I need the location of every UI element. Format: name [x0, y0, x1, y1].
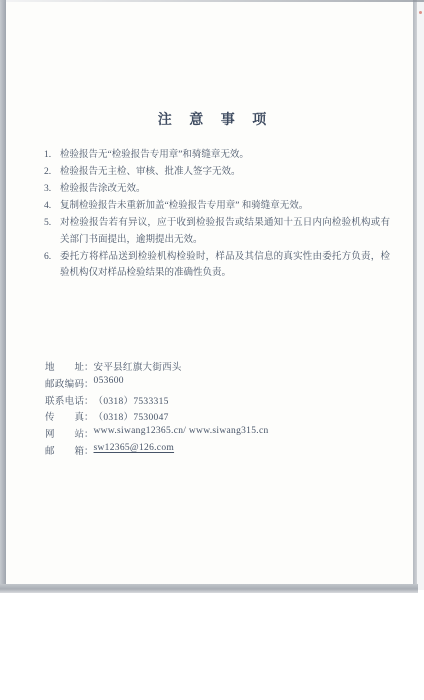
- contact-colon: ：: [84, 376, 94, 390]
- contact-label: 传真: [45, 409, 84, 423]
- contact-label: 网站: [45, 426, 84, 440]
- scan-edge-right-outer: [417, 0, 424, 590]
- contact-row-website: 网站：www.siwang12365.cn/ www.siwang315.cn: [45, 426, 375, 443]
- contact-row-phone: 联系电话：（0318）7533315: [45, 393, 375, 410]
- contact-colon: ：: [84, 359, 94, 373]
- note-number: 1.: [44, 147, 60, 164]
- contact-colon: ：: [84, 426, 94, 440]
- contact-colon: ：: [84, 393, 94, 407]
- note-item-1: 1. 检验报告无“检验报告专用章”和骑缝章无效。: [44, 147, 390, 164]
- note-number: 2.: [44, 164, 60, 181]
- contact-block: 地址：安平县红旗大街西头 邮政编码：053600 联系电话：（0318）7533…: [45, 359, 375, 460]
- scanned-page: [6, 2, 415, 586]
- note-text: 检验报告无主检、审核、批准人签字无效。: [60, 164, 390, 181]
- scan-artifact-dot: [419, 11, 422, 14]
- scan-edge-top: [0, 0, 424, 2]
- contact-label: 邮政编码: [45, 376, 84, 390]
- note-text: 复制检验报告未重新加盖“检验报告专用章” 和骑缝章无效。: [60, 198, 390, 215]
- contact-label: 联系电话: [45, 393, 84, 407]
- note-item-5: 5. 对检验报告若有异议，应于收到检验报告或结果通知十五日内向检验机构或有关部门…: [44, 215, 390, 248]
- note-item-6: 6. 委托方将样品送到检验机构检验时，样品及其信息的真实性由委托方负责，检验机构…: [44, 249, 390, 282]
- note-item-4: 4. 复制检验报告未重新加盖“检验报告专用章” 和骑缝章无效。: [44, 198, 390, 215]
- contact-colon: ：: [84, 409, 94, 423]
- scan-edge-bottom: [0, 584, 418, 593]
- contact-value-address: 安平县红旗大街西头: [94, 359, 182, 373]
- notice-list: 1. 检验报告无“检验报告专用章”和骑缝章无效。 2. 检验报告无主检、审核、批…: [44, 147, 390, 282]
- note-item-2: 2. 检验报告无主检、审核、批准人签字无效。: [44, 164, 390, 181]
- contact-value-phone: （0318）7533315: [94, 393, 169, 407]
- note-text: 委托方将样品送到检验机构检验时，样品及其信息的真实性由委托方负责，检验机构仅对样…: [60, 249, 390, 282]
- contact-value-postcode: 053600: [94, 376, 124, 386]
- contact-label: 邮箱: [45, 443, 84, 457]
- contact-row-fax: 传真：（0318）7530047: [45, 409, 375, 426]
- contact-value-email: sw12365@126.com: [94, 443, 175, 453]
- screenshot-canvas: 注 意 事 项 1. 检验报告无“检验报告专用章”和骑缝章无效。 2. 检验报告…: [0, 0, 424, 700]
- scan-edge-left: [0, 0, 6, 593]
- note-number: 5.: [44, 215, 60, 248]
- note-text: 检验报告无“检验报告专用章”和骑缝章无效。: [60, 147, 390, 164]
- note-number: 6.: [44, 249, 60, 282]
- contact-colon: ：: [84, 443, 94, 457]
- note-number: 4.: [44, 198, 60, 215]
- note-text: 对检验报告若有异议，应于收到检验报告或结果通知十五日内向检验机构或有关部门书面提…: [60, 215, 390, 248]
- contact-row-address: 地址：安平县红旗大街西头: [45, 359, 375, 376]
- note-item-3: 3. 检验报告涂改无效。: [44, 181, 390, 198]
- contact-value-website: www.siwang12365.cn/ www.siwang315.cn: [94, 426, 269, 436]
- contact-value-fax: （0318）7530047: [94, 409, 169, 423]
- contact-row-postcode: 邮政编码：053600: [45, 376, 375, 393]
- note-text: 检验报告涂改无效。: [60, 181, 390, 198]
- contact-label: 地址: [45, 359, 84, 373]
- note-number: 3.: [44, 181, 60, 198]
- contact-row-email: 邮箱：sw12365@126.com: [45, 443, 375, 460]
- page-title: 注 意 事 项: [0, 109, 424, 129]
